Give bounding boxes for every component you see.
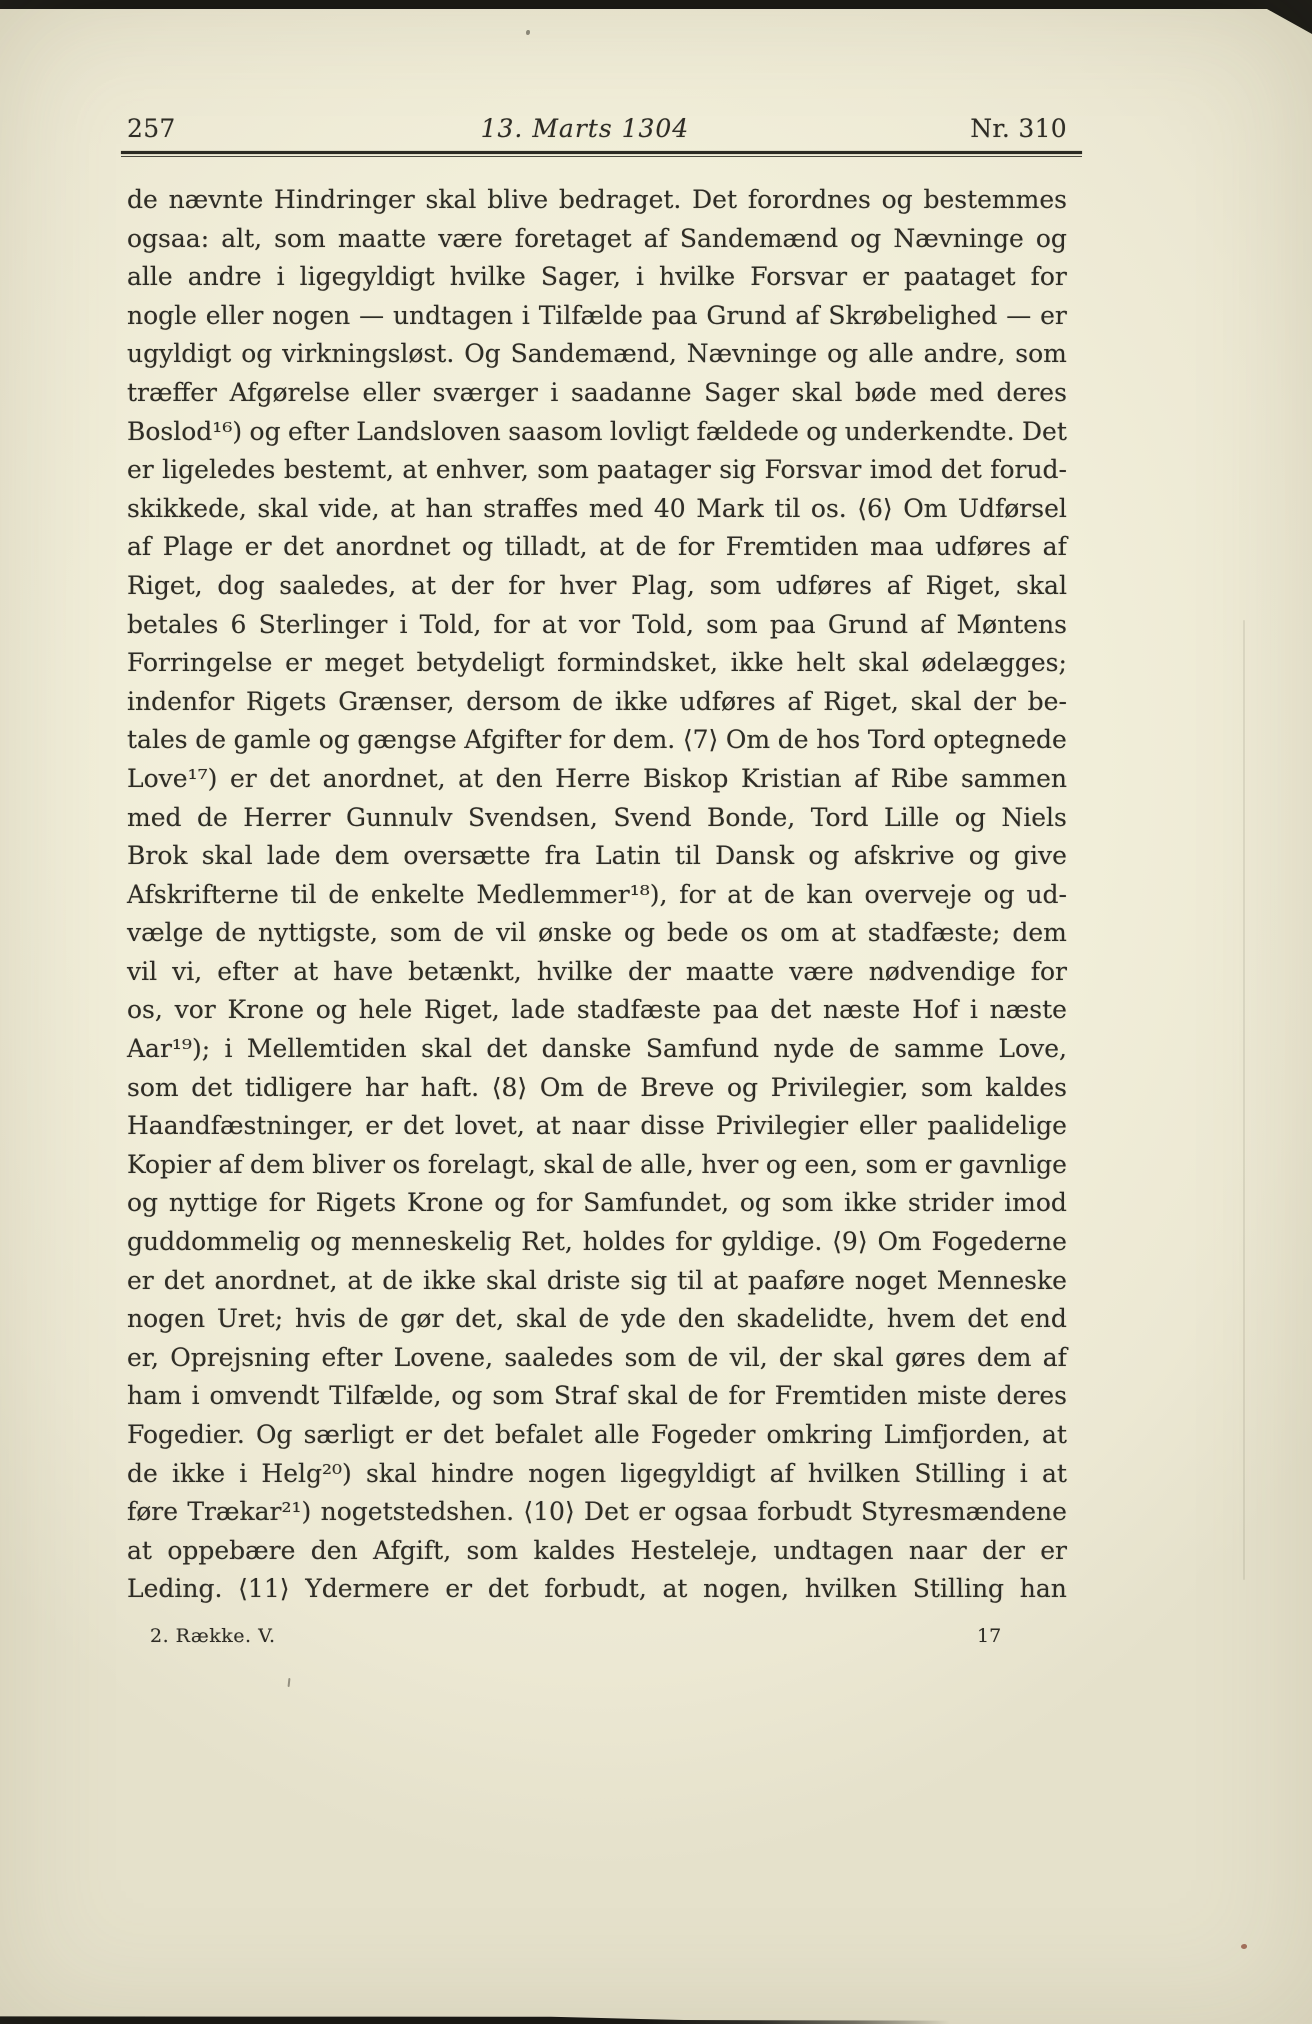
text-line: træfferAfgørelseellersværgerisaadanneSag… [127, 374, 1067, 413]
text-line: nogenUret;hvisdegørdet,skaldeydedenskade… [127, 1300, 1067, 1339]
text-line: betales6SterlingeriTold,foratvorTold,som… [127, 606, 1067, 645]
page-fold-shadow [1243, 620, 1245, 1580]
text-line: talesdegamleoggængseAfgifterfordem.⟨7⟩Om… [127, 721, 1067, 760]
text-line: vælgedenyttigste,somdevilønskeogbedeosom… [127, 914, 1067, 953]
scan-edge-bottom [0, 2016, 950, 2024]
scan-edge-top [0, 0, 1312, 9]
text-line: er,OprejsningefterLovene,saaledessomdevi… [127, 1339, 1067, 1378]
text-line: Riget,dogsaaledes,atderforhverPlag,somud… [127, 567, 1067, 606]
text-line: os,vorKroneogheleRiget,ladestadfæstepaad… [127, 991, 1067, 1030]
text-line: Love¹⁷)erdetanordnet,atdenHerreBiskopKri… [127, 760, 1067, 799]
text-line: hamiomvendtTilfælde,ogsomStrafskaldeforF… [127, 1377, 1067, 1416]
text-line: Aar¹⁹);iMellemtidenskaldetdanskeSamfundn… [127, 1030, 1067, 1069]
text-line: erligeledesbestemt,atenhver,sompaatagers… [127, 451, 1067, 490]
text-line: indenforRigetsGrænser,dersomdeikkeudføre… [127, 683, 1067, 722]
scanned-page: 257 13. Marts 1304 Nr. 310 denævnteHindr… [0, 0, 1312, 2024]
running-title: 13. Marts 1304 [481, 113, 690, 145]
text-line: Kopierafdembliverosforelagt,skaldealle,h… [127, 1146, 1067, 1185]
text-line: afPlageerdetanordnetogtilladt,atdeforFre… [127, 528, 1067, 567]
footer-signature-number: 17 [977, 1620, 1001, 1652]
page-number: 257 [127, 113, 176, 145]
text-line: erdetanordnet,atdeikkeskaldristesigtilat… [127, 1262, 1067, 1301]
ink-speck [526, 30, 530, 35]
header-rule [121, 151, 1082, 157]
text-line: deikkeiHelg²⁰)skalhindrenogenligegyldigt… [127, 1455, 1067, 1494]
text-line: atoppebæredenAfgift,somkaldesHesteleje,u… [127, 1532, 1067, 1571]
text-line: ognyttigeforRigetsKroneogforSamfundet,og… [127, 1184, 1067, 1223]
text-line: denævnteHindringerskalblivebedraget.Detf… [127, 181, 1067, 220]
text-line: somdettidligereharhaft.⟨8⟩OmdeBreveogPri… [127, 1069, 1067, 1108]
header-rule-thin [121, 156, 1082, 157]
header-rule-thick [121, 151, 1082, 154]
page-footer: 2. Række. V. 17 [0, 1620, 1312, 1652]
text-line: meddeHerrerGunnulvSvendsen,SvendBonde,To… [127, 799, 1067, 838]
text-line: ogsaa:alt,sommaatteværeforetagetafSandem… [127, 220, 1067, 259]
text-line: BrokskalladedemoversættefraLatintilDansk… [127, 837, 1067, 876]
text-line: nogleellernogen—undtageniTilfældepaaGrun… [127, 297, 1067, 336]
text-line: Boslod¹⁶)ogefterLandslovensaasomlovligtf… [127, 413, 1067, 452]
text-line: føreTrækar²¹)nogetstedshen.⟨10⟩Deterogsa… [127, 1493, 1067, 1532]
text-line: Leding.⟨11⟩Ydermereerdetforbudt,atnogen,… [127, 1570, 1067, 1609]
running-header: 257 13. Marts 1304 Nr. 310 [127, 113, 1067, 145]
text-line: vilvi,efterathavebetænkt,hvilkedermaatte… [127, 953, 1067, 992]
text-line: alleandreiligegyldigthvilkeSager,ihvilke… [127, 258, 1067, 297]
text-line: skikkede,skalvide,athanstraffesmed40Mark… [127, 490, 1067, 529]
ink-speck [288, 1678, 291, 1687]
scan-edge-top-right [1254, 0, 1312, 34]
text-line: AfskrifternetildeenkelteMedlemmer¹⁸),for… [127, 876, 1067, 915]
text-line: ugyldigtogvirkningsløst.OgSandemænd,Nævn… [127, 335, 1067, 374]
ink-speck [1241, 1944, 1247, 1949]
document-number: Nr. 310 [970, 113, 1067, 145]
body-text: denævnteHindringerskalblivebedraget.Detf… [127, 181, 1067, 1609]
text-line: Fogedier.OgsærligterdetbefaletalleFogede… [127, 1416, 1067, 1455]
footer-series: 2. Række. V. [150, 1620, 276, 1652]
text-line: Forringelseermegetbetydeligtformindsket,… [127, 644, 1067, 683]
text-line: guddommeligogmenneskeligRet,holdesforgyl… [127, 1223, 1067, 1262]
text-line: Haandfæstninger,erdetlovet,atnaardissePr… [127, 1107, 1067, 1146]
